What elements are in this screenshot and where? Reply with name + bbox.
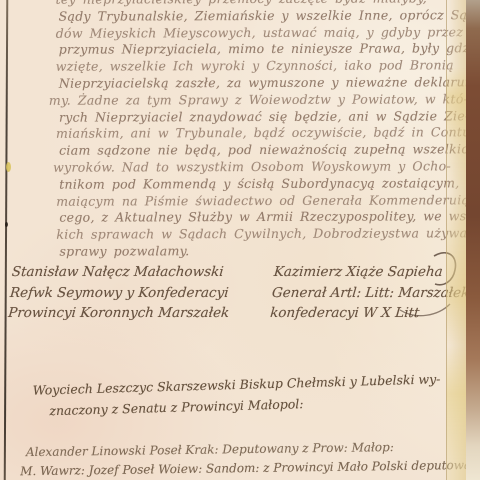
signature-malachowski: Stanisław Nałęcz Małachowski Refwk Seymo… xyxy=(7,262,233,324)
paragraph-line: maiącym na Piśmie świadectwo od Generała… xyxy=(56,192,452,210)
paragraph-line: wzięte, wszelkie Ich wyroki y Czynności,… xyxy=(56,57,452,75)
signature-name: Stanisław Nałęcz Małachowski xyxy=(11,262,234,283)
paragraph-line: cego, z Aktualney Służby w Armii Rzeczyp… xyxy=(59,209,452,227)
paragraph-line: rych Nieprzyiaciel znaydować się będzie,… xyxy=(59,108,452,126)
paragraph-line: my. Żadne za tym Sprawy z Woiewodztw y P… xyxy=(49,91,452,109)
manuscript-page: tey nieprzyiacielskiey przemocy zaczęte … xyxy=(0,0,480,480)
paper-speck xyxy=(5,222,8,227)
paragraph-line: dów Mieyskich Mieyscowych, ustawać maią,… xyxy=(56,24,452,42)
paragraph-line: przymus Nieprzyiaciela, mimo te ninieysz… xyxy=(59,41,452,59)
paragraph-line: tnikom pod Kommendą y ścisłą Subordynacy… xyxy=(59,175,452,193)
binding-fold-line xyxy=(4,0,9,480)
paragraph-line: Sądy Trybunalskie, Ziemiańskie y wszelki… xyxy=(59,7,452,25)
paragraph-line: miańskim, ani w Trybunale, bądź oczywiśc… xyxy=(56,125,452,143)
book-edge-strip xyxy=(466,0,480,480)
signature-title: Refwk Seymowy y Konfederacyi xyxy=(9,283,232,304)
signature-title: Prowincyi Koronnych Marszałek xyxy=(7,303,230,324)
paragraph-line: wyroków. Nad to wszystkim Osobom Woyskow… xyxy=(53,158,452,176)
page-edge xyxy=(446,0,467,480)
annotation-deputies: Alexander Linowski Poseł Krak: Deputowan… xyxy=(20,437,480,480)
paragraph-line: Nieprzyiacielską zaszłe, za wymuszone y … xyxy=(59,74,452,92)
annotation-skarszewski: Woyciech Leszczyc Skarszewski Biskup Che… xyxy=(32,368,441,421)
paragraph-line: kich sprawach w Sądach Cywilnych, Dobrod… xyxy=(56,225,452,243)
paragraph-line: ciam sądzone nie będą, pod nieważnością … xyxy=(59,141,452,159)
paper-speck xyxy=(6,162,11,172)
main-paragraph: tey nieprzyiacielskiey przemocy zaczęte … xyxy=(56,0,453,260)
